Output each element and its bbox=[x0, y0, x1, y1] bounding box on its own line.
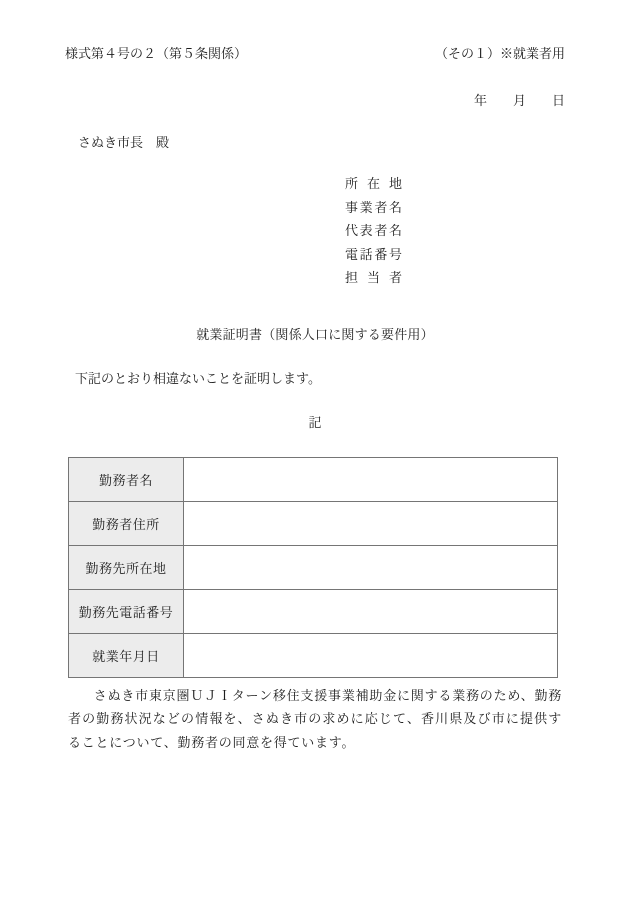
table-row-workplace-location: 勤務先所在地 bbox=[69, 545, 558, 589]
row-value bbox=[184, 457, 558, 501]
sender-field-representative-name: 代表者名 bbox=[345, 219, 402, 243]
document-page: 様式第４号の２（第５条関係） （その１）※就業者用 年 月 日 さぬき市長 殿 … bbox=[0, 0, 630, 903]
table-row-employment-date: 就業年月日 bbox=[69, 633, 558, 677]
ki-marker: 記 bbox=[65, 414, 565, 432]
row-label: 勤務者住所 bbox=[69, 501, 184, 545]
certification-statement: 下記のとおり相違ないことを証明します。 bbox=[65, 370, 565, 388]
sender-field-business-name: 事業者名 bbox=[345, 196, 402, 220]
row-value bbox=[184, 501, 558, 545]
row-value bbox=[184, 545, 558, 589]
sender-field-location: 所在地 bbox=[345, 172, 402, 196]
sender-field-phone-number: 電話番号 bbox=[345, 243, 402, 267]
row-value bbox=[184, 633, 558, 677]
table-row-workplace-phone: 勤務先電話番号 bbox=[69, 589, 558, 633]
form-type-note: （その１）※就業者用 bbox=[435, 45, 565, 63]
sender-field-contact-person: 担当者 bbox=[345, 266, 402, 290]
sender-info-block: 所在地 事業者名 代表者名 電話番号 担当者 bbox=[345, 172, 565, 290]
row-label: 勤務先所在地 bbox=[69, 545, 184, 589]
addressee-line: さぬき市長 殿 bbox=[65, 134, 565, 152]
row-label: 就業年月日 bbox=[69, 633, 184, 677]
employment-details-table: 勤務者名 勤務者住所 勤務先所在地 勤務先電話番号 就業年月日 bbox=[68, 457, 558, 678]
form-number: 様式第４号の２（第５条関係） bbox=[65, 45, 247, 63]
table-row-worker-address: 勤務者住所 bbox=[69, 501, 558, 545]
row-label: 勤務者名 bbox=[69, 457, 184, 501]
document-title: 就業証明書（関係人口に関する要件用） bbox=[65, 326, 565, 344]
table-row-worker-name: 勤務者名 bbox=[69, 457, 558, 501]
row-label: 勤務先電話番号 bbox=[69, 589, 184, 633]
document-header: 様式第４号の２（第５条関係） （その１）※就業者用 bbox=[65, 45, 565, 63]
consent-note: さぬき市東京圏ＵＪＩターン移住支援事業補助金に関する業務のため、勤務者の勤務状況… bbox=[68, 684, 562, 755]
row-value bbox=[184, 589, 558, 633]
date-line: 年 月 日 bbox=[65, 92, 565, 110]
